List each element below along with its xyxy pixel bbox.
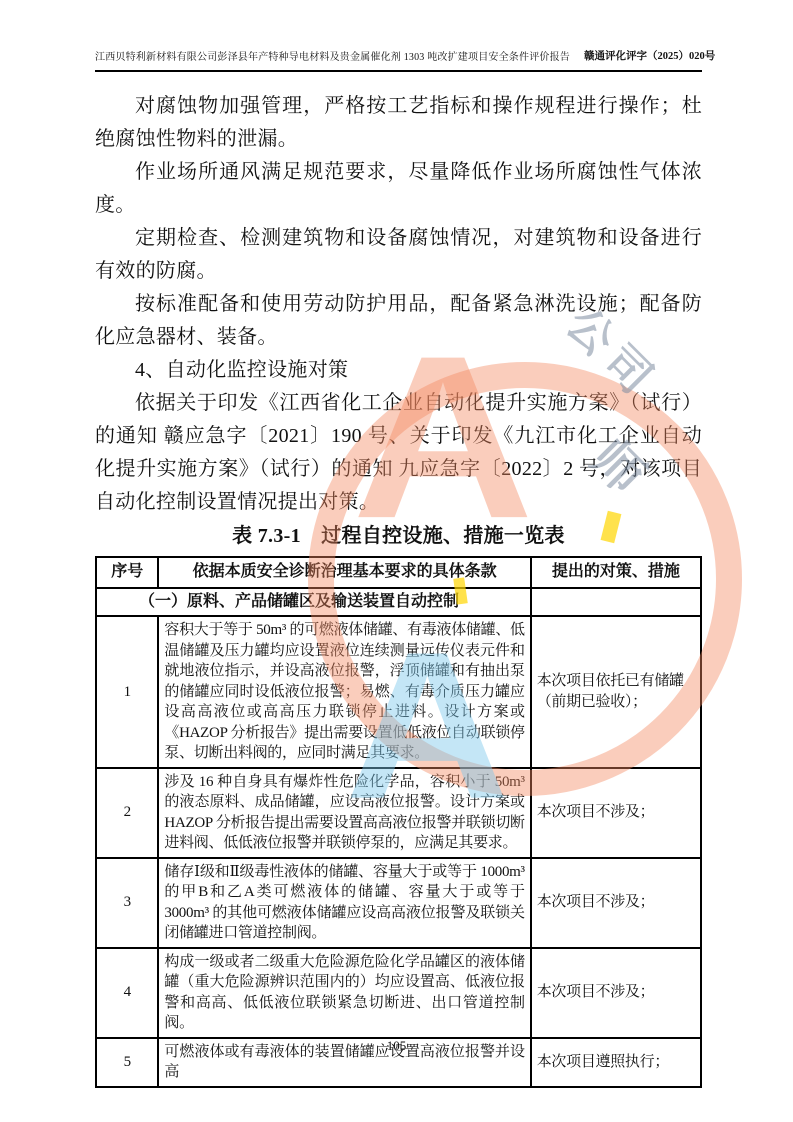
table-row: 1 容积大于等于 50m³ 的可燃液体储罐、有毒液体储罐、低温储罐及压力罐均应设… [96, 616, 701, 768]
page-number: 105 [387, 1038, 407, 1053]
document-body: 对腐蚀物加强管理，严格按工艺指标和操作规程进行操作；杜绝腐蚀性物料的泄漏。 作业… [95, 90, 702, 1088]
header-report-title: 江西贝特利新材料有限公司彭泽县年产特种导电材料及贵金属催化剂 1303 吨改扩建… [95, 48, 570, 63]
row-measure: 本次项目依托已有储罐（前期已验收）； [531, 616, 701, 768]
column-header-clause: 依据本质安全诊断治理基本要求的具体条款 [158, 557, 530, 588]
table-header-row: 序号 依据本质安全诊断治理基本要求的具体条款 提出的对策、措施 [96, 557, 701, 588]
row-number: 4 [96, 948, 158, 1038]
row-clause: 储存Ⅰ级和Ⅱ级毒性液体的储罐、容量大于或等于 1000m³ 的甲B和乙A类可燃液… [158, 858, 530, 948]
row-measure: 本次项目不涉及； [531, 768, 701, 858]
paragraph-automation-basis: 依据关于印发《江西省化工企业自动化提升实施方案》（试行）的通知 赣应急字〔202… [95, 387, 702, 519]
document-page: A A 公司 师 江西贝特利新材料有限公司彭泽县年产特种导电材料及贵金属催化剂 … [0, 0, 793, 1122]
section-heading-automation: 4、自动化监控设施对策 [95, 354, 702, 387]
row-number: 1 [96, 616, 158, 768]
row-clause: 涉及 16 种自身具有爆炸性危险化学品，容积小于 50m³的液态原料、成品储罐，… [158, 768, 530, 858]
column-header-no: 序号 [96, 557, 158, 588]
row-number: 3 [96, 858, 158, 948]
table-row: 4 构成一级或者二级重大危险源危险化学品罐区的液体储罐（重大危险源辨识范围内的）… [96, 948, 701, 1038]
table-row: 3 储存Ⅰ级和Ⅱ级毒性液体的储罐、容量大于或等于 1000m³ 的甲B和乙A类可… [96, 858, 701, 948]
table-section-empty-cell [531, 588, 701, 617]
paragraph-inspection: 定期检查、检测建筑物和设备腐蚀情况，对建筑物和设备进行有效的防腐。 [95, 222, 702, 288]
page-header: 江西贝特利新材料有限公司彭泽县年产特种导电材料及贵金属催化剂 1303 吨改扩建… [95, 48, 702, 72]
row-measure: 本次项目不涉及； [531, 858, 701, 948]
paragraph-ventilation: 作业场所通风满足规范要求，尽量降低作业场所腐蚀性气体浓度。 [95, 156, 702, 222]
paragraph-ppe: 按标准配备和使用劳动防护用品，配备紧急淋洗设施；配备防化应急器材、装备。 [95, 288, 702, 354]
process-control-measures-table: 序号 依据本质安全诊断治理基本要求的具体条款 提出的对策、措施 （一）原料、产品… [95, 556, 702, 1088]
column-header-measure: 提出的对策、措施 [531, 557, 701, 588]
page-footer: 105 [0, 1038, 793, 1054]
table-row: 2 涉及 16 种自身具有爆炸性危险化学品，容积小于 50m³的液态原料、成品储… [96, 768, 701, 858]
header-document-number: 赣通评化评字（2025）020号 [584, 48, 715, 63]
row-number: 2 [96, 768, 158, 858]
row-measure: 本次项目不涉及； [531, 948, 701, 1038]
table-section-label: （一）原料、产品储罐区及输送装置自动控制 [96, 588, 531, 617]
table-title: 表 7.3-1 过程自控设施、措施一览表 [95, 520, 702, 553]
row-clause: 容积大于等于 50m³ 的可燃液体储罐、有毒液体储罐、低温储罐及压力罐均应设置液… [158, 616, 530, 768]
paragraph-corrosion-management: 对腐蚀物加强管理，严格按工艺指标和操作规程进行操作；杜绝腐蚀性物料的泄漏。 [95, 90, 702, 156]
row-clause: 构成一级或者二级重大危险源危险化学品罐区的液体储罐（重大危险源辨识范围内的）均应… [158, 948, 530, 1038]
table-section-row: （一）原料、产品储罐区及输送装置自动控制 [96, 588, 701, 617]
